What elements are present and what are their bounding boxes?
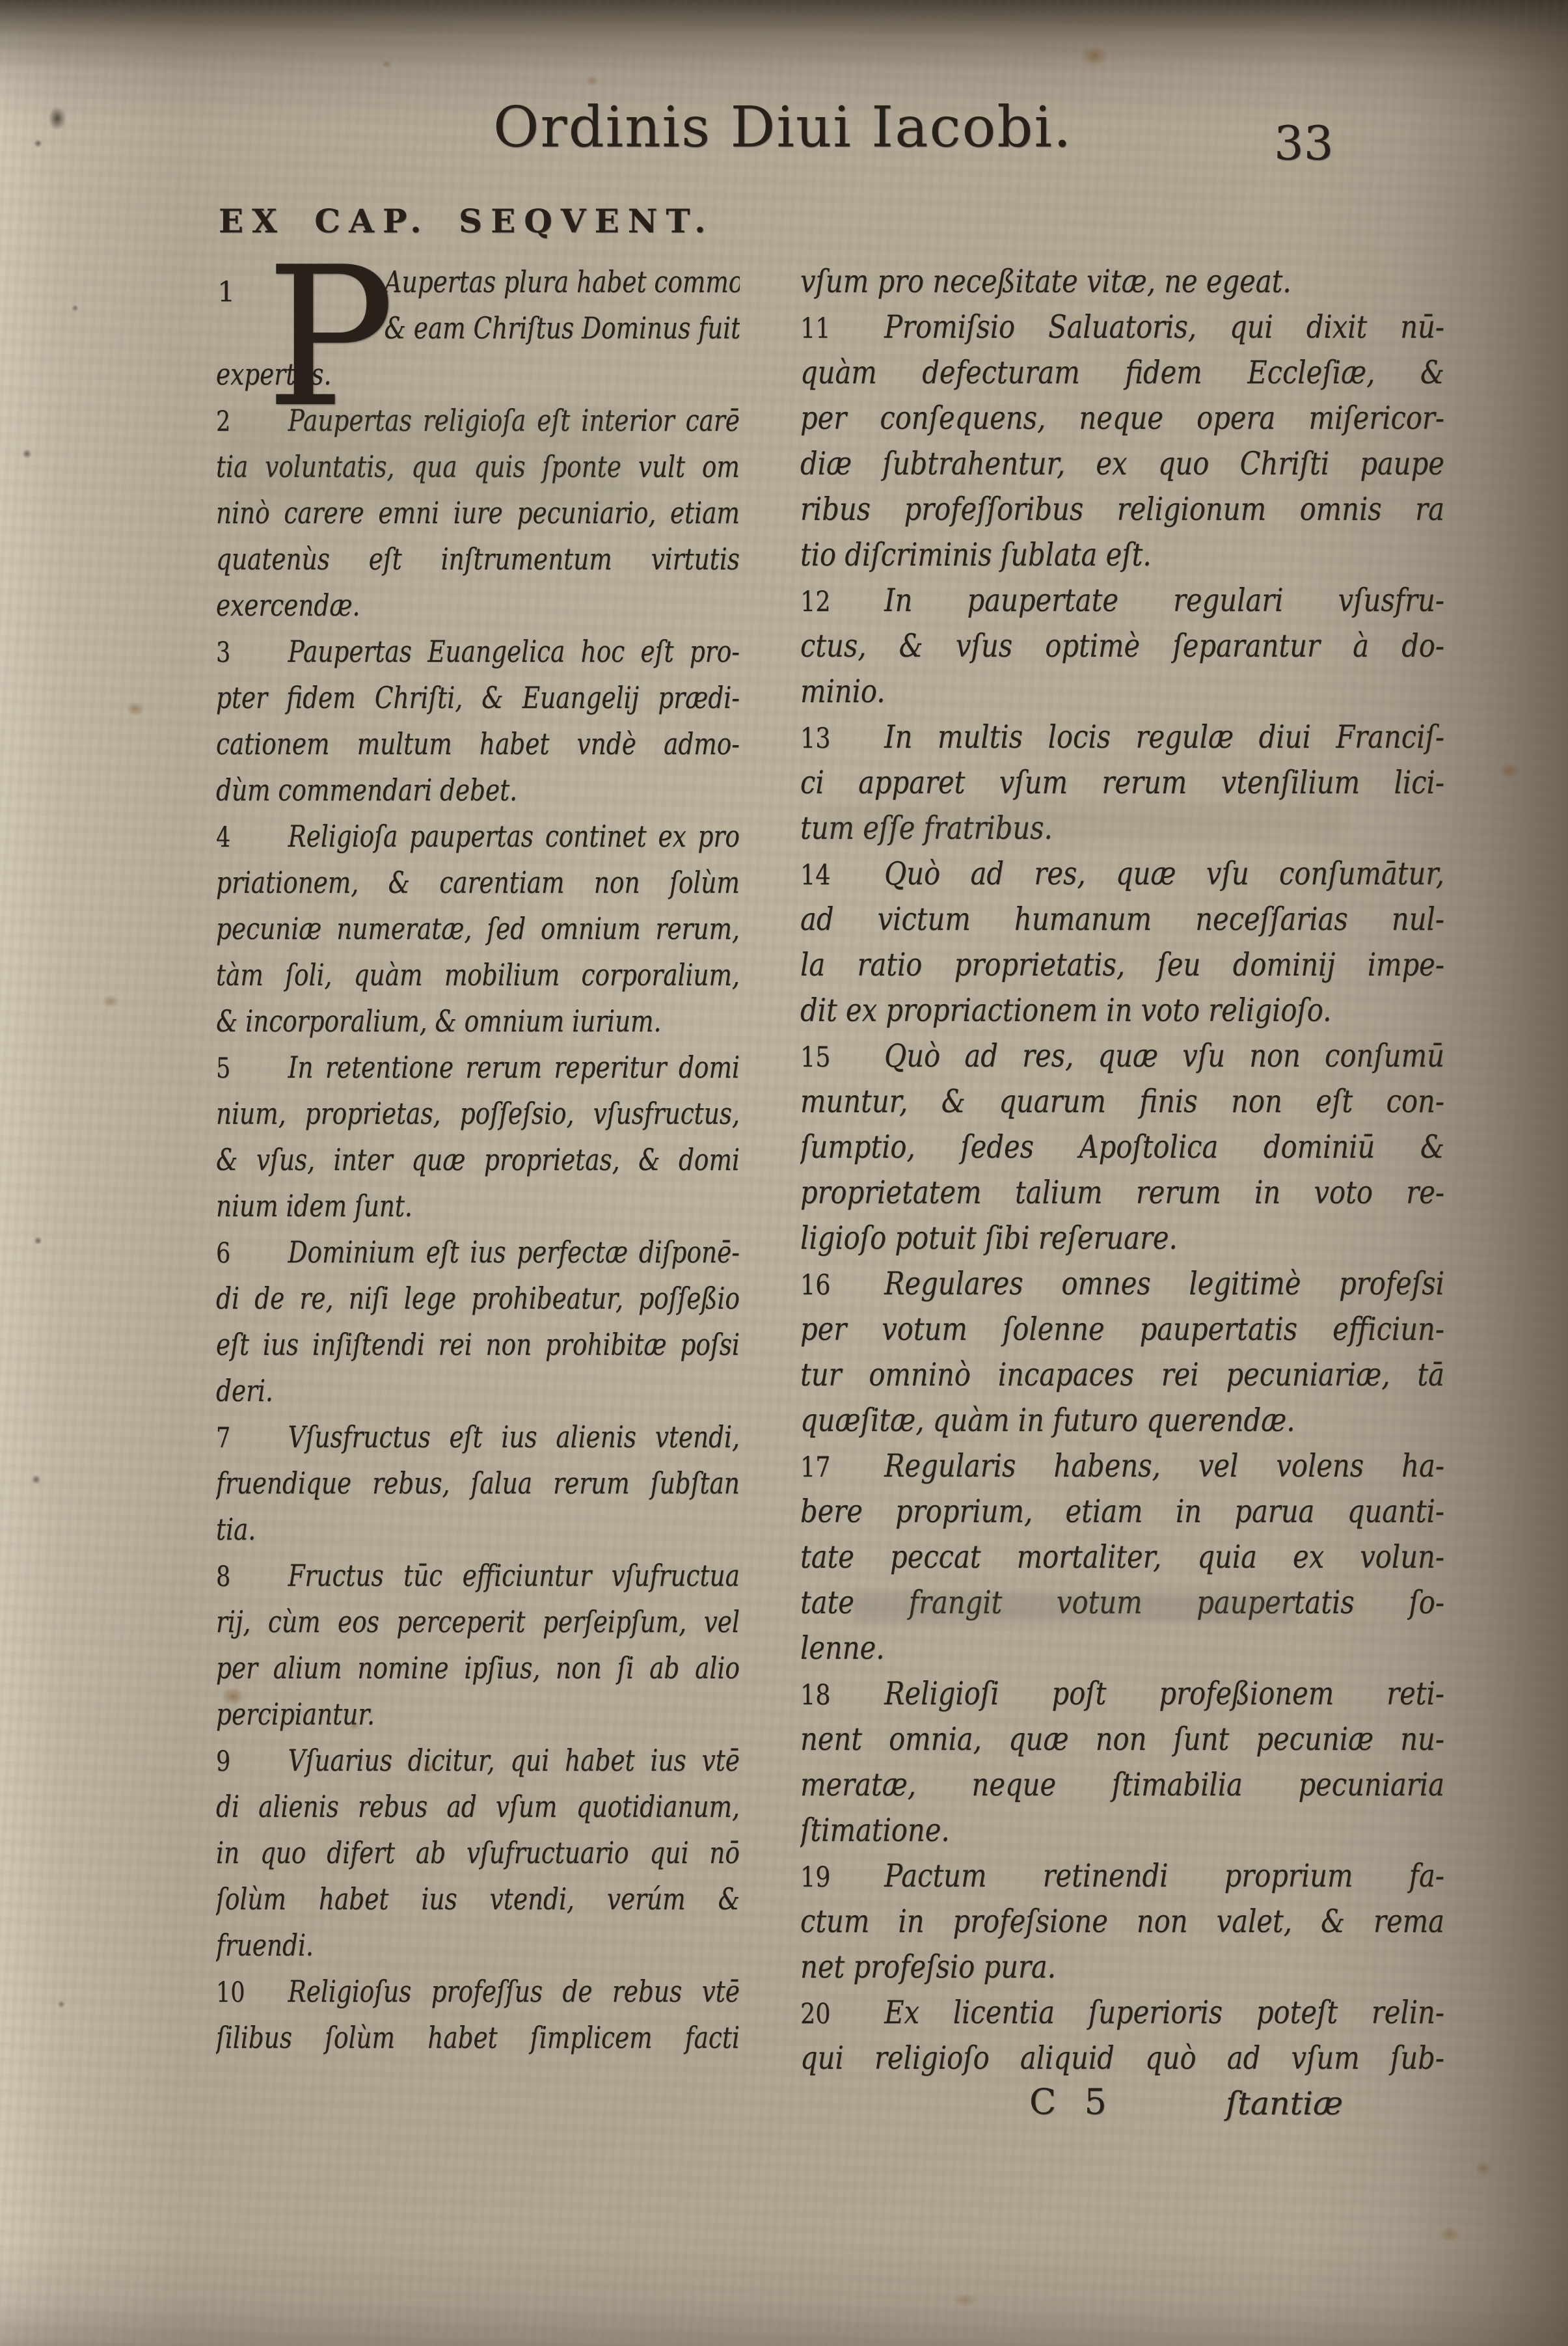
text-line: fruendi. xyxy=(216,1922,740,1969)
text-line: 8Fructus tūc efficiuntur vſufructua xyxy=(216,1553,740,1599)
text-line: cationem multum habet vndè admo- xyxy=(216,721,740,767)
entry-number: 3 xyxy=(216,630,288,675)
text-line: per alium nomine ipſius, non ſi ab alio xyxy=(216,1645,740,1691)
entry-with-drop-cap: 1PAupertas plura habet commoda,& eam Chr… xyxy=(216,259,867,398)
text-line: di de re, niſi lege prohibeatur, poſſeßi… xyxy=(216,1275,740,1322)
text-line: ctum in profeſsione non valet, & rema xyxy=(800,1899,1444,1944)
entry-number: 6 xyxy=(216,1231,288,1275)
entry-number: 13 xyxy=(800,716,884,760)
text-line: di alienis rebus ad vſum quotidianum, xyxy=(216,1784,740,1830)
stain-spot xyxy=(953,2293,977,2308)
entry-number: 18 xyxy=(800,1672,884,1717)
text-line: muntur, & quarum finis non eſt con- xyxy=(800,1079,1444,1125)
text-line: ci apparet vſum rerum vtenſilium lici- xyxy=(800,760,1444,806)
entry-number: 19 xyxy=(800,1855,884,1899)
text-line: lenne. xyxy=(800,1626,1444,1671)
text-line: 10Religioſus profeſſus de rebus vtē xyxy=(216,1969,740,2015)
text-line: ſilibus ſolùm habet ſimplicem facti xyxy=(216,2015,740,2061)
entry-number: 5 xyxy=(216,1046,288,1091)
text-line: tum eſſe fratribus. xyxy=(800,806,1444,851)
text-line: quatenùs eſt inſtrumentum virtutis xyxy=(216,536,740,582)
stain-spot xyxy=(126,702,144,716)
text-line: tia voluntatis, qua quis ſponte vult om xyxy=(216,444,740,490)
text-line: percipiantur. xyxy=(216,1691,740,1738)
entry-number: 20 xyxy=(800,1991,884,2036)
page-number: 33 xyxy=(1274,116,1334,170)
text-line: 6Dominium eſt ius perfectæ diſponē- xyxy=(216,1229,740,1275)
text-line: 16Regulares omnes legitimè profeſsi xyxy=(800,1261,1444,1307)
text-line: ſolùm habet ius vtendi, verúm & xyxy=(216,1876,740,1922)
text-line: 9Vſuarius dicitur, qui habet ius vtē xyxy=(216,1738,740,1784)
stain-spot xyxy=(381,60,392,68)
text-line: & eam Chriſtus Dominus fuit xyxy=(216,305,740,351)
stain-spot xyxy=(586,75,599,86)
text-line: dit ex propriactionem in voto religioſo. xyxy=(800,988,1444,1033)
text-line: 11Promiſsio Saluatoris, qui dixit nū- xyxy=(800,305,1444,350)
entry-number: 9 xyxy=(216,1739,288,1784)
entry-number: 12 xyxy=(800,579,884,623)
text-line: ribus profeſſoribus religionum omnis ra xyxy=(800,487,1444,532)
entry: 13In multis locis regulæ diui Franciſ-ci… xyxy=(800,715,1568,851)
text-line: 15Quò ad res, quæ vſu non conſumū xyxy=(800,1033,1444,1079)
stain-spot xyxy=(1080,46,1109,66)
stain-spot xyxy=(72,305,79,312)
entry-number: 2 xyxy=(216,399,288,444)
text-line: Aupertas plura habet commoda, xyxy=(216,259,740,305)
stain-spot xyxy=(103,994,118,1008)
entry: 5In retentione rerum reperitur dominium,… xyxy=(216,1044,867,1229)
entry-number: 7 xyxy=(216,1415,288,1460)
text-column-left: 1PAupertas plura habet commoda,& eam Chr… xyxy=(216,259,867,2061)
entry-number: 15 xyxy=(800,1035,884,1079)
entry-number: 16 xyxy=(800,1262,884,1307)
text-line: & incorporalium, & omnium iurium. xyxy=(216,998,740,1044)
entry-number: 17 xyxy=(800,1445,884,1489)
text-line: net profeſsio pura. xyxy=(800,1944,1444,1990)
text-line: quæſitæ, quàm in futuro querendæ. xyxy=(800,1398,1444,1443)
entry-number: 4 xyxy=(216,815,288,860)
text-line: dùm commendari debet. xyxy=(216,767,740,813)
text-line: bere proprium, etiam in parua quanti- xyxy=(800,1489,1444,1534)
stain-spot xyxy=(1474,2161,1493,2176)
text-line: diæ ſubtrahentur, ex quo Chriſti paupe xyxy=(800,441,1444,487)
entry: 16Regulares omnes legitimè profeſsiper v… xyxy=(800,1261,1568,1443)
entry: 10Religioſus profeſſus de rebus vtēſilib… xyxy=(216,1969,867,2061)
stain-spot xyxy=(34,139,42,148)
entry-number: 10 xyxy=(216,1970,288,2015)
entry: vſum pro neceßitate vitæ, ne egeat. xyxy=(800,259,1568,305)
text-line: 19Pactum retinendi proprium fa- xyxy=(800,1853,1444,1899)
stain-spot xyxy=(34,1236,42,1245)
text-line: pecuniæ numeratæ, ſed omnium rerum, xyxy=(216,906,740,952)
entry: 8Fructus tūc efficiuntur vſufructuarij, … xyxy=(216,1553,867,1738)
stain-spot xyxy=(1439,2226,1460,2243)
text-line: ninò carere emni iure pecuniario, etiam xyxy=(216,490,740,536)
entry: 6Dominium eſt ius perfectæ diſponē-di de… xyxy=(216,1229,867,1414)
text-line: nent omnia, quæ non ſunt pecuniæ nu- xyxy=(800,1717,1444,1762)
entry: 18Religioſi poſt profeßionem reti-nent o… xyxy=(800,1671,1568,1853)
text-line: in quo difert ab vſufructuario qui nō xyxy=(216,1830,740,1876)
entry: 2Paupertas religioſa eſt interior carēti… xyxy=(216,398,867,629)
text-line: deri. xyxy=(216,1368,740,1414)
text-line: 5In retentione rerum reperitur domi xyxy=(216,1044,740,1091)
text-line: tio diſcriminis ſublata eſt. xyxy=(800,532,1444,578)
text-line: 4Religioſa paupertas continet ex pro xyxy=(216,813,740,860)
text-line: ſumptio, ſedes Apoſtolica dominiū & xyxy=(800,1125,1444,1170)
text-line: 14Quò ad res, quæ vſu conſumātur, xyxy=(800,851,1444,897)
signature-mark: C 5 xyxy=(1029,2081,1107,2122)
entry: 17Regularis habens, vel volens ha-bere p… xyxy=(800,1443,1568,1671)
running-header: Ordinis Diui Iacobi. xyxy=(493,95,1072,160)
stain-spot xyxy=(31,1475,41,1484)
text-line: 13In multis locis regulæ diui Franciſ- xyxy=(800,715,1444,760)
text-line: 20Ex licentia ſuperioris poteſt relin- xyxy=(800,1990,1444,2036)
text-line: ligioſo potuit ſibi reſeruare. xyxy=(800,1216,1444,1261)
entry: 19Pactum retinendi proprium fa-ctum in p… xyxy=(800,1853,1568,1990)
text-line: eſt ius inſiſtendi rei non prohibitæ poſ… xyxy=(216,1322,740,1368)
stain-spot xyxy=(48,107,66,130)
text-line: minio. xyxy=(800,669,1444,715)
entry: 15Quò ad res, quæ vſu non conſumūmuntur,… xyxy=(800,1033,1568,1261)
text-line: nium idem ſunt. xyxy=(216,1183,740,1229)
text-line: vſum pro neceßitate vitæ, ne egeat. xyxy=(800,259,1444,305)
entry: 14Quò ad res, quæ vſu conſumātur,ad vict… xyxy=(800,851,1568,1033)
catchword: ſtantiæ xyxy=(1226,2085,1343,2122)
text-line: tia. xyxy=(216,1507,740,1553)
text-line: qui religioſo aliquid quò ad vſum ſub- xyxy=(800,2036,1444,2081)
text-line: ad victum humanum neceſſarias nul- xyxy=(800,897,1444,942)
text-line: priationem, & carentiam non ſolùm xyxy=(216,860,740,906)
entry-number: 14 xyxy=(800,852,884,897)
entry: 11Promiſsio Saluatoris, qui dixit nū-quà… xyxy=(800,305,1568,578)
text-line: 3Paupertas Euangelica hoc eſt pro- xyxy=(216,629,740,675)
stain-spot xyxy=(22,449,32,459)
text-line: quàm defecturam fidem Eccleſiæ, & xyxy=(800,350,1444,396)
text-line: meratæ, neque ſtimabilia pecuniaria xyxy=(800,1762,1444,1808)
text-line: rij, cùm eos perceperit perſeipſum, vel xyxy=(216,1599,740,1645)
text-line: tàm ſoli, quàm mobilium corporalium, xyxy=(216,952,740,998)
text-line: nium, proprietas, poſſeſsio, vſusfructus… xyxy=(216,1091,740,1137)
text-line: la ratio proprietatis, ſeu dominij impe- xyxy=(800,942,1444,988)
text-line: expertus. xyxy=(216,351,740,398)
text-line: ctus, & vſus optimè ſeparantur à do- xyxy=(800,623,1444,669)
text-line: exercendæ. xyxy=(216,582,740,629)
entry-number: 8 xyxy=(216,1554,288,1599)
text-line: 2Paupertas religioſa eſt interior carē xyxy=(216,398,740,444)
text-line: pter fidem Chriſti, & Euangelij prædi- xyxy=(216,675,740,721)
entry: 3Paupertas Euangelica hoc eſt pro-pter f… xyxy=(216,629,867,813)
entry-number: 11 xyxy=(800,306,884,350)
text-line: per conſequens, neque opera miſericor- xyxy=(800,396,1444,441)
text-line: & vſus, inter quæ proprietas, & domi xyxy=(216,1137,740,1183)
text-column-right: vſum pro neceßitate vitæ, ne egeat.11Pro… xyxy=(800,259,1568,2081)
text-line: 7Vſusfructus eſt ius alienis vtendi, xyxy=(216,1414,740,1460)
book-page: Ordinis Diui Iacobi. 33 EX CAP. SEQVENT.… xyxy=(0,0,1568,2346)
entry: 4Religioſa paupertas continet ex propria… xyxy=(216,813,867,1044)
stain-spot xyxy=(57,2000,65,2008)
text-line: proprietatem talium rerum in voto re- xyxy=(800,1170,1444,1216)
entry: 7Vſusfructus eſt ius alienis vtendi,frue… xyxy=(216,1414,867,1553)
text-line: tate peccat mortaliter, quia ex volun- xyxy=(800,1534,1444,1580)
text-line: 17Regularis habens, vel volens ha- xyxy=(800,1443,1444,1489)
entry: 12In paupertate regulari vſusfru-ctus, &… xyxy=(800,578,1568,715)
text-line: fruendique rebus, ſalua rerum ſubſtan xyxy=(216,1460,740,1507)
text-line: 12In paupertate regulari vſusfru- xyxy=(800,578,1444,623)
text-line: tate frangit votum paupertatis ſo- xyxy=(800,1580,1444,1626)
text-line: ſtimatione. xyxy=(800,1808,1444,1853)
text-line: 18Religioſi poſt profeßionem reti- xyxy=(800,1671,1444,1717)
entry: 9Vſuarius dicitur, qui habet ius vtēdi a… xyxy=(216,1738,867,1969)
entry: 20Ex licentia ſuperioris poteſt relin-qu… xyxy=(800,1990,1568,2081)
text-line: tur omninò incapaces rei pecuniariæ, tā xyxy=(800,1352,1444,1398)
text-line: per votum ſolenne paupertatis efficiun- xyxy=(800,1307,1444,1352)
